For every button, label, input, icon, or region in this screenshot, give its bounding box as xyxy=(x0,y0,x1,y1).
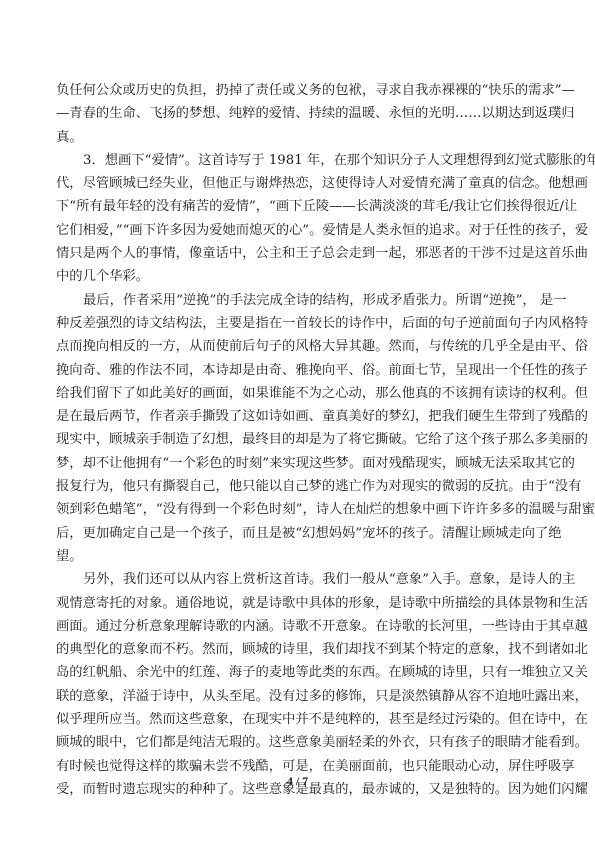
page-number: 4 / 7 xyxy=(0,774,595,789)
text-line: 现实中，顾城亲手制造了幻想，最终目的却是为了将它撕破。它给了这个孩子那么多美丽的 xyxy=(56,428,540,451)
text-line: 岛的红帆船、余光中的红莲、海子的麦地等此类的东西。在顾城的诗里，只有一堆独立又关 xyxy=(56,661,540,684)
text-line: 似乎理所应当。然而这些意象，在现实中并不是纯粹的，甚至是经过污染的。但在诗中，在 xyxy=(56,708,540,731)
text-line: 中的几个华彩。 xyxy=(56,265,540,288)
body-text: 负任何公众或历史的负担，扔掉了责任或义务的包袱，寻求自我赤裸裸的“快乐的需求”—… xyxy=(56,79,540,801)
text-line: 最后，作者采用“逆挽”的手法完成全诗的结构，形成矛盾张力。所谓“逆挽”， 是一 xyxy=(56,289,540,312)
text-line: 的典型化的意象而不朽。然而，顾城的诗里，我们却找不到某个特定的意象，找不到诸如北 xyxy=(56,638,540,661)
text-line: 挽向奇、雅的作法不同，本诗却是由奇、雅挽向平、俗。前面七节，呈现出一个任性的孩子 xyxy=(56,359,540,382)
paragraph-imagery: 另外，我们还可以从内容上赏析这首诗。我们一般从“意象”入手。意象，是诗人的主 观… xyxy=(56,568,540,801)
text-line: 给我们留下了如此美好的画面，如果谁能不为之心动，那么他真的不该拥有读诗的权利。但 xyxy=(56,382,540,405)
text-line: —青春的生命、飞扬的梦想、纯粹的爱情、持续的温暖、永恒的光明……以期达到返璞归 xyxy=(56,102,540,125)
text-line: 它们相爱，”“画下许多因为爱她而熄灭的心”。爱情是人类永恒的追求。对于任性的孩子… xyxy=(56,219,540,242)
text-line: 领到彩色蜡笔”，“没有得到一个彩色时刻”，诗人在灿烂的想象中画下许许多多的温暖与… xyxy=(56,498,540,521)
text-line: 另外，我们还可以从内容上赏析这首诗。我们一般从“意象”入手。意象，是诗人的主 xyxy=(56,568,540,591)
paragraph-continuation: 负任何公众或历史的负担，扔掉了责任或义务的包袱，寻求自我赤裸裸的“快乐的需求”—… xyxy=(56,79,540,149)
text-line: 画面。通过分析意象理解诗歌的内涵。诗歌不开意象。在诗歌的长河里，一些诗由于其卓越 xyxy=(56,615,540,638)
text-line: 真。 xyxy=(56,126,540,149)
text-line: 负任何公众或历史的负担，扔掉了责任或义务的包袱，寻求自我赤裸裸的“快乐的需求”— xyxy=(56,79,540,102)
text-line: 下“所有最年轻的没有痛苦的爱情”，“画下丘陵——长满淡淡的茸毛/我让它们挨得很近… xyxy=(56,195,540,218)
text-line: 报复行为，他只有撕裂自己，他只能以自己梦的逃亡作为对现实的微弱的反抗。由于“没有 xyxy=(56,475,540,498)
paragraph-reversal: 最后，作者采用“逆挽”的手法完成全诗的结构，形成矛盾张力。所谓“逆挽”， 是一 … xyxy=(56,289,540,569)
text-line: 代，尽管顾城已经失业，但他正与谢烨热恋，这使得诗人对爱情充满了童真的信念。他想画 xyxy=(56,172,540,195)
text-line: 情只是两个人的事情，像童话中，公主和王子总会走到一起，邪恶者的干涉不过是这首乐曲 xyxy=(56,242,540,265)
text-line: 3．想画下“爱情”。这首诗写于 1981 年，在那个知识分子人文理想得到幻觉式膨… xyxy=(56,149,540,172)
text-line: 种反差强烈的诗文结构法，主要是指在一首较长的诗作中，后面的句子逆前面句子内风格特 xyxy=(56,312,540,335)
text-line: 后，更加确定自己是一个孩子，而且是被“幻想妈妈”宠坏的孩子。清醒让顾城走向了绝 xyxy=(56,522,540,545)
text-line: 梦，却不让他拥有“一个彩色的时刻”来实现这些梦。面对残酷现实，顾城无法采取其它的 xyxy=(56,452,540,475)
document-page: 负任何公众或历史的负担，扔掉了责任或义务的包袱，寻求自我赤裸裸的“快乐的需求”—… xyxy=(0,0,595,841)
text-line: 望。 xyxy=(56,545,540,568)
text-line: 观情意寄托的对象。通俗地说，就是诗歌中具体的形象，是诗歌中所描绘的具体景物和生活 xyxy=(56,592,540,615)
text-line: 联的意象，洋溢于诗中，从头至尾。没有过多的修饰，只是淡然镇静从容不迫地吐露出来， xyxy=(56,685,540,708)
text-line: 顾城的眼中，它们都是纯洁无瑕的。这些意象美丽轻柔的外衣，只有孩子的眼睛才能看到。 xyxy=(56,731,540,754)
text-line: 是在最后两节，作者亲手撕毁了这如诗如画、童真美好的梦幻，把我们硬生生带到了残酷的 xyxy=(56,405,540,428)
paragraph-love: 3．想画下“爱情”。这首诗写于 1981 年，在那个知识分子人文理想得到幻觉式膨… xyxy=(56,149,540,289)
text-line: 点而挽向相反的一方，从而使前后句子的风格大异其趣。然而，与传统的几乎全是由平、俗 xyxy=(56,335,540,358)
